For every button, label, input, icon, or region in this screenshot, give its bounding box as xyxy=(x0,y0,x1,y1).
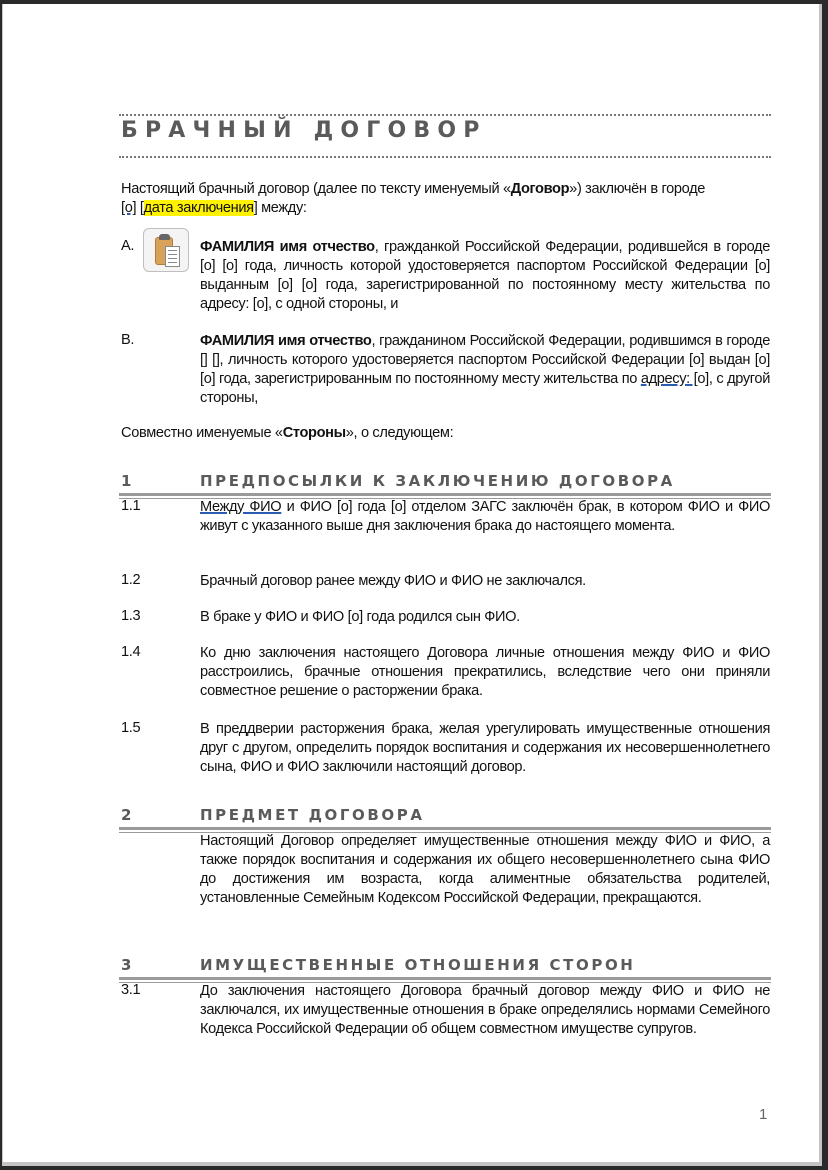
clause-number: 1.5 xyxy=(121,720,140,736)
title-dotted-rule-top xyxy=(119,114,771,116)
section-title: ПРЕДМЕТ ДОГОВОРА xyxy=(200,806,425,824)
clause-1-3[interactable]: В браке у ФИО и ФИО [о] года родился сын… xyxy=(200,608,770,627)
party-a-label: A. xyxy=(121,238,134,254)
document-viewer: БРАЧНЫЙ ДОГОВОР Настоящий брачный догово… xyxy=(0,0,828,1170)
clause-number: 3.1 xyxy=(121,982,140,998)
clause-1-1[interactable]: Между ФИО и ФИО [о] года [о] отделом ЗАГ… xyxy=(200,498,770,536)
intro-between: ] между: xyxy=(254,200,307,216)
intro-text: Настоящий брачный договор (далее по текс… xyxy=(121,181,511,197)
paste-options-button[interactable] xyxy=(143,228,189,272)
city-placeholder[interactable]: [о] xyxy=(121,200,136,216)
section-rule xyxy=(119,827,771,830)
party-a-text[interactable]: ФАМИЛИЯ имя отчество, гражданкой Российс… xyxy=(200,238,770,314)
party-b-text[interactable]: ФАМИЛИЯ имя отчество, гражданином Россий… xyxy=(200,332,770,408)
clause-1-2[interactable]: Брачный договор ранее между ФИО и ФИО не… xyxy=(200,572,770,591)
clause-underlined-text[interactable]: Между ФИО xyxy=(200,499,281,515)
section-rule xyxy=(119,977,771,980)
section-rule xyxy=(119,493,771,496)
section-2-text[interactable]: Настоящий Договор определяет имущественн… xyxy=(200,832,770,908)
title-dotted-rule-bottom xyxy=(119,156,771,158)
paper-icon xyxy=(165,246,180,267)
page-number: 1 xyxy=(759,1106,767,1123)
intro-text-end: ») заключён в городе xyxy=(569,181,705,197)
section-3-heading: 3 ИМУЩЕСТВЕННЫЕ ОТНОШЕНИЯ СТОРОН xyxy=(119,956,771,980)
document-title: БРАЧНЫЙ ДОГОВОР xyxy=(121,118,487,143)
together-paragraph[interactable]: Совместно именуемые «Стороны», о следующ… xyxy=(121,424,771,443)
section-1-heading: 1 ПРЕДПОСЫЛКИ К ЗАКЛЮЧЕНИЮ ДОГОВОРА xyxy=(119,472,771,496)
together-text: Совместно именуемые « xyxy=(121,425,283,441)
clause-1-5[interactable]: В преддверии расторжения брака, желая ур… xyxy=(200,720,770,777)
section-number: 1 xyxy=(121,472,131,490)
section-number: 2 xyxy=(121,806,131,824)
section-title: ПРЕДПОСЫЛКИ К ЗАКЛЮЧЕНИЮ ДОГОВОРА xyxy=(200,472,675,490)
party-b-address-underlined[interactable]: адресу: [ xyxy=(641,371,698,387)
date-placeholder-highlight[interactable]: дата заключения xyxy=(144,200,254,216)
party-a-name: ФАМИЛИЯ имя отчество xyxy=(200,239,375,255)
intro-paragraph[interactable]: Настоящий брачный договор (далее по текс… xyxy=(121,180,771,218)
party-b-name: ФАМИЛИЯ имя отчество xyxy=(200,333,371,349)
clause-number: 1.2 xyxy=(121,572,140,588)
clause-1-4[interactable]: Ко дню заключения настоящего Договора ли… xyxy=(200,644,770,701)
party-b-label: B. xyxy=(121,332,134,348)
clause-number: 1.3 xyxy=(121,608,140,624)
intro-bold-term: Договор xyxy=(511,181,569,197)
clause-number: 1.4 xyxy=(121,644,140,660)
clause-number: 1.1 xyxy=(121,498,140,514)
together-text-end: », о следующем: xyxy=(346,425,454,441)
clause-text: и ФИО [о] года [о] отделом ЗАГС заключён… xyxy=(200,499,770,534)
together-bold-term: Стороны xyxy=(283,425,346,441)
section-number: 3 xyxy=(121,956,131,974)
section-title: ИМУЩЕСТВЕННЫЕ ОТНОШЕНИЯ СТОРОН xyxy=(200,956,635,974)
document-page: БРАЧНЫЙ ДОГОВОР Настоящий брачный догово… xyxy=(2,4,822,1166)
section-2-heading: 2 ПРЕДМЕТ ДОГОВОРА xyxy=(119,806,771,830)
clause-3-1[interactable]: До заключения настоящего Договора брачны… xyxy=(200,982,770,1039)
clipboard-clip-icon xyxy=(159,234,170,240)
